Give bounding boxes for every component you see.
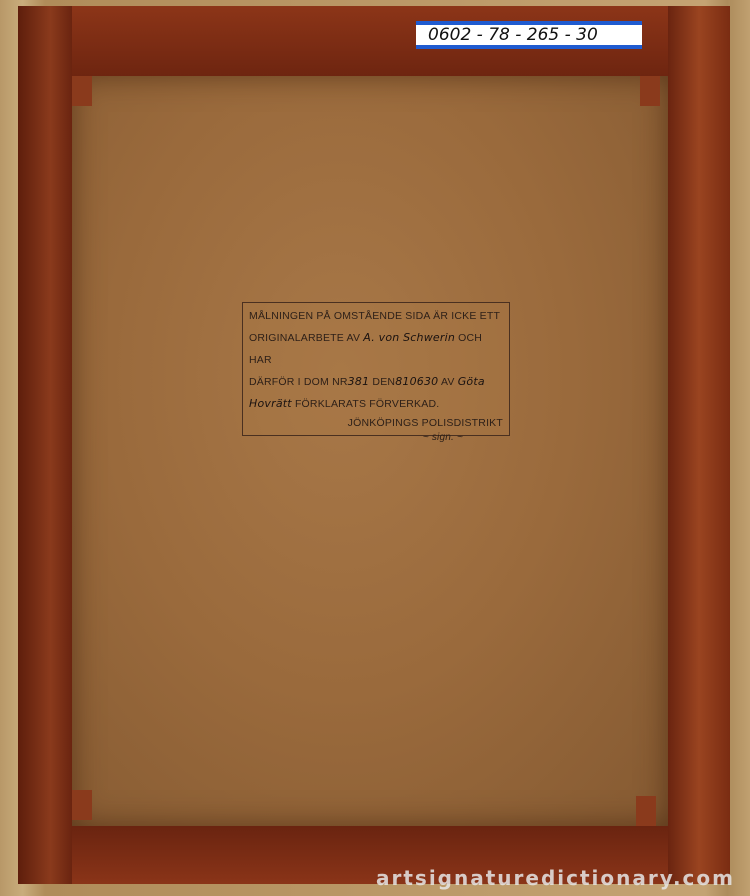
corner-key: [72, 76, 92, 106]
corner-key: [636, 796, 656, 826]
corner-key: [640, 76, 660, 106]
label-line-4: Hovrätt FÖRKLARATS FÖRVERKAD.: [249, 393, 503, 415]
printed-text: FÖRKLARATS FÖRVERKAD.: [295, 398, 439, 410]
handwritten-court: Hovrätt: [249, 397, 292, 410]
handwritten-court: Göta: [458, 375, 485, 388]
printed-text: AV: [441, 376, 455, 388]
printed-text: DÄRFÖR I DOM NR: [249, 376, 348, 388]
watermark: artsignaturedictionary.com: [376, 866, 735, 890]
label-line-2: ORIGINALARBETE AV A. von Schwerin OCH HA…: [249, 327, 503, 371]
frame-left-bar: [18, 6, 72, 884]
printed-text: DEN: [372, 376, 395, 388]
printed-text: ORIGINALARBETE AV: [249, 332, 360, 344]
handwritten-number: 381: [348, 375, 370, 388]
corner-key: [72, 790, 92, 820]
police-stamp-label: MÅLNINGEN PÅ OMSTÅENDE SIDA ÄR ICKE ETT …: [242, 302, 510, 436]
label-line-5: JÖNKÖPINGS POLISDISTRIKT: [249, 415, 503, 431]
canvas-reverse: [72, 76, 668, 826]
inventory-sticker: 0602 - 78 - 265 - 30: [416, 21, 642, 49]
label-line-1: MÅLNINGEN PÅ OMSTÅENDE SIDA ÄR ICKE ETT: [249, 305, 503, 327]
signature: ~ sign. ~: [249, 431, 503, 445]
frame-right-bar: [668, 6, 730, 884]
handwritten-date: 810630: [395, 375, 438, 388]
handwritten-artist: A. von Schwerin: [363, 331, 455, 344]
label-line-3: DÄRFÖR I DOM NR381 DEN810630 AV Göta: [249, 371, 503, 393]
